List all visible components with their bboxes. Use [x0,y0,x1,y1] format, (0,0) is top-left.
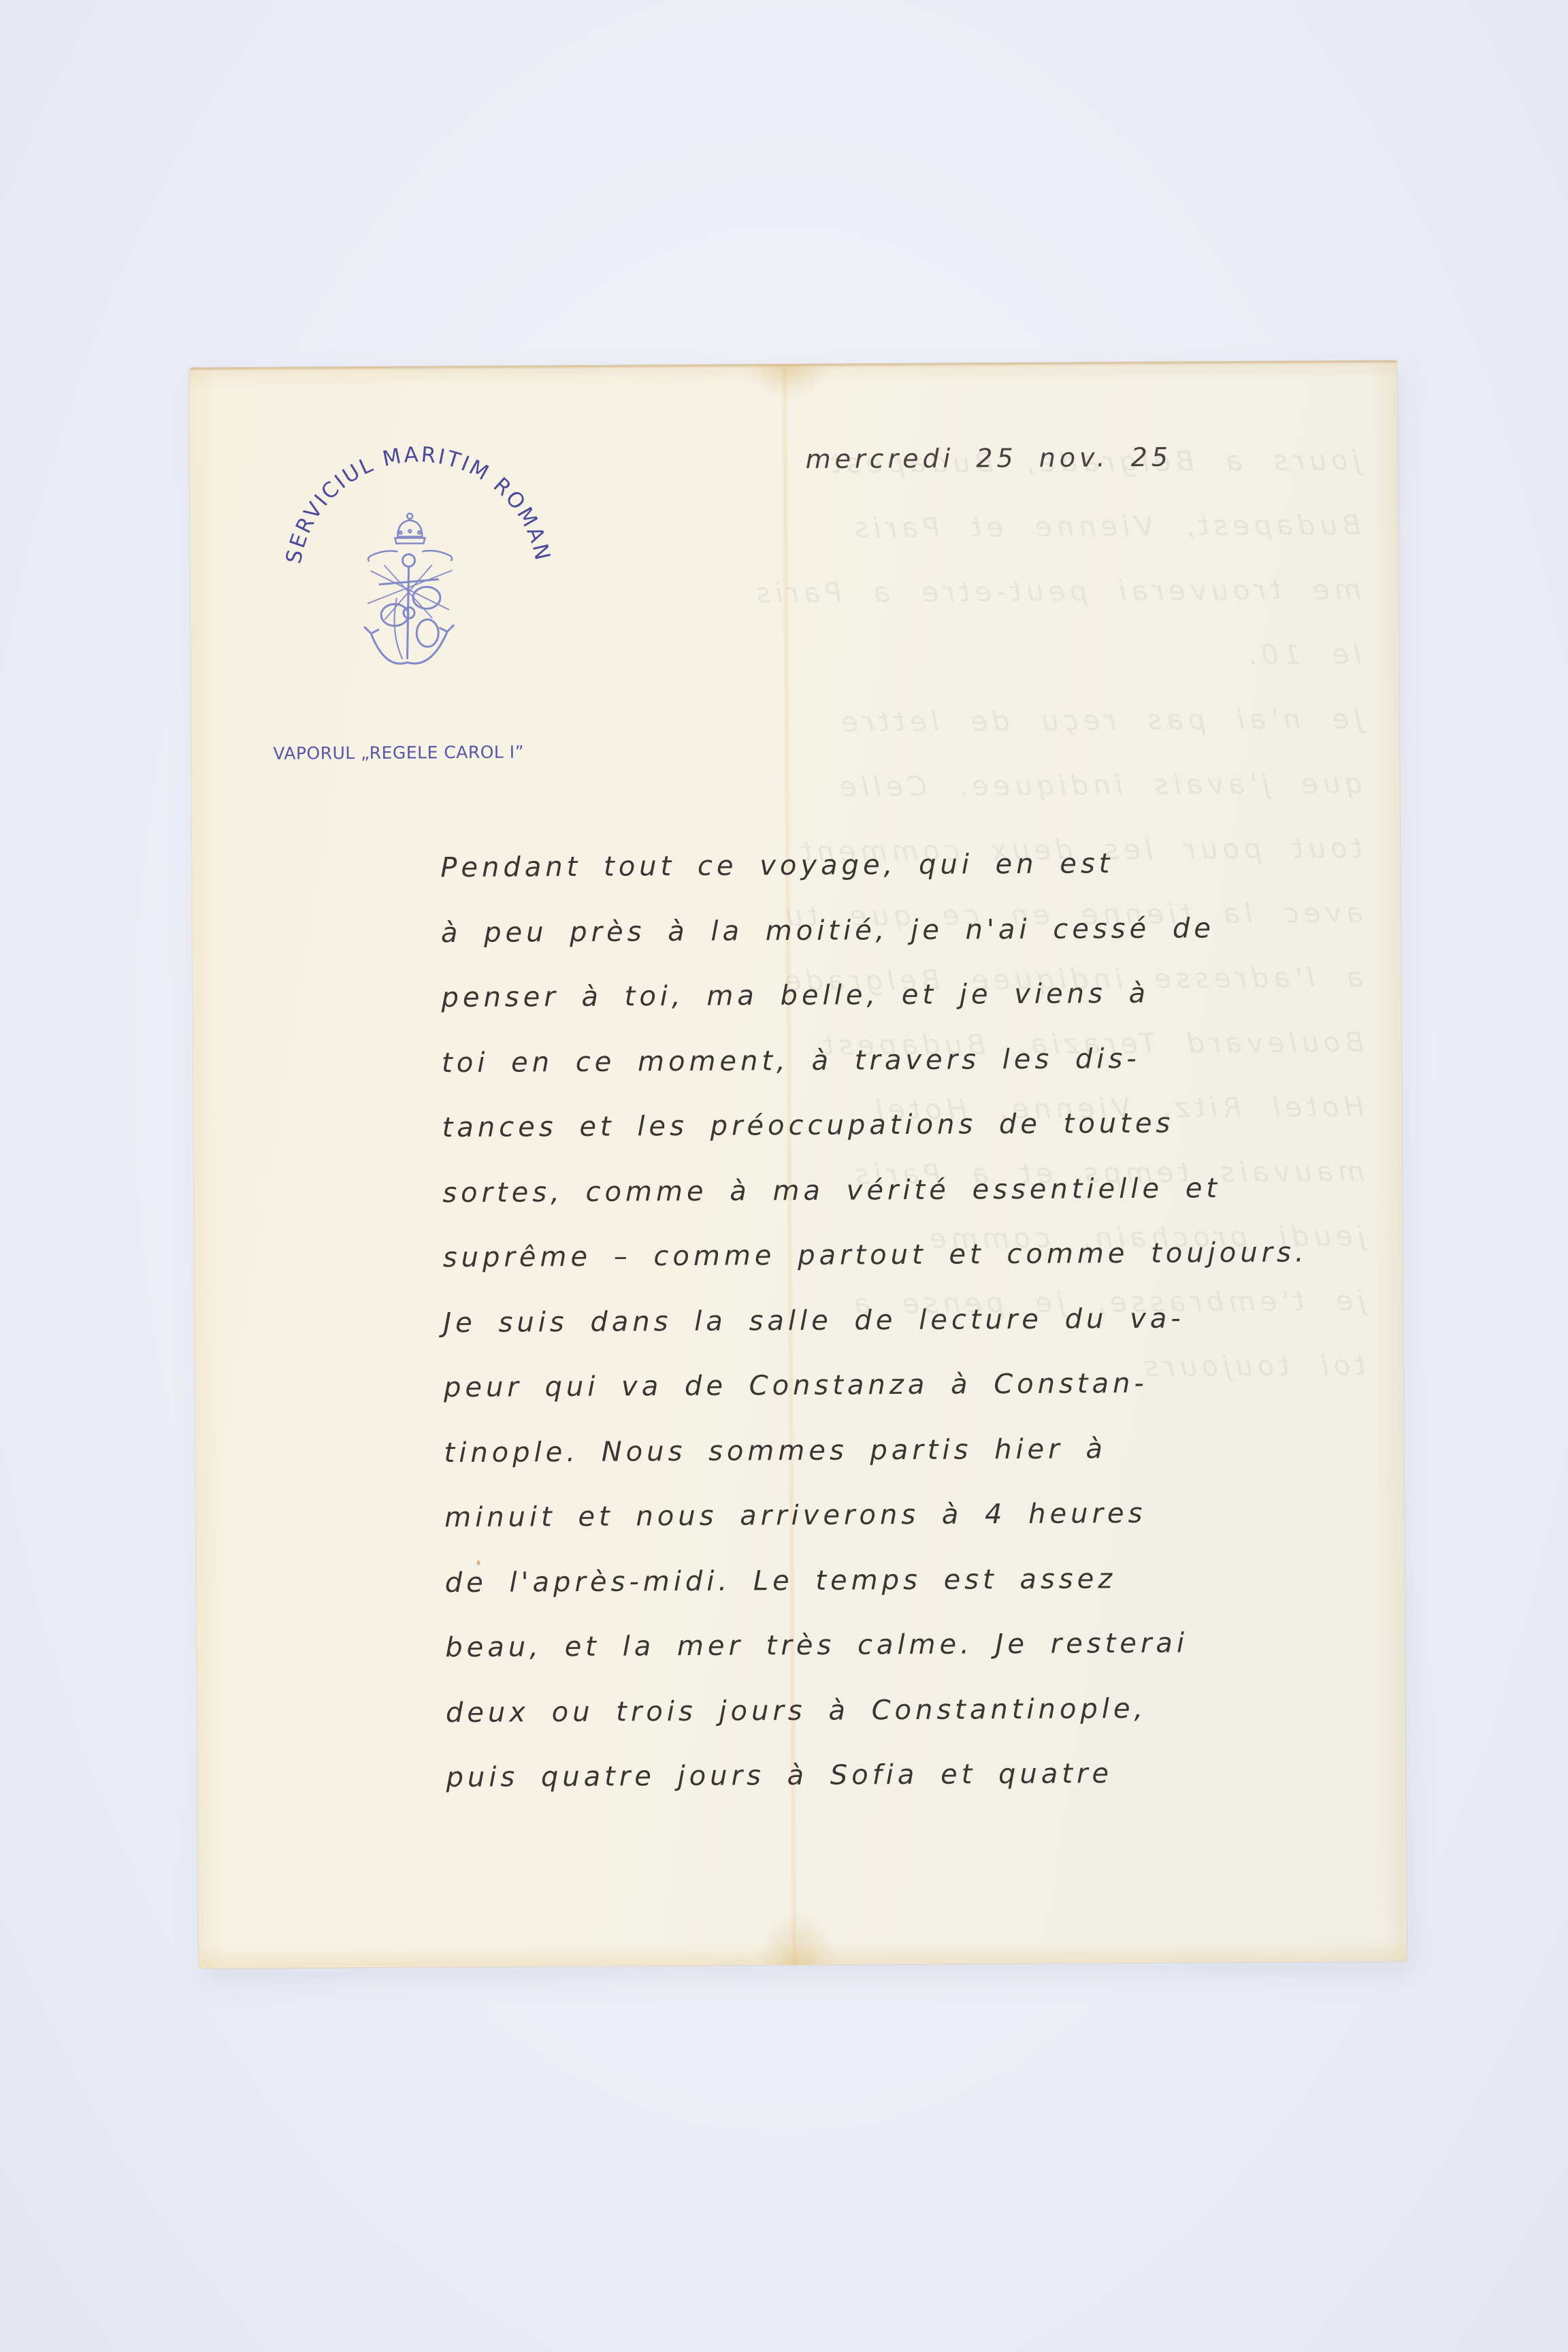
letter-body: Pendant tout ce voyage, qui en est à peu… [440,830,1399,1811]
letter-line-10: tinople. Nous sommes partis hier à [444,1415,1397,1486]
letter-line-14: deux ou trois jours à Constantinople, [446,1675,1399,1746]
letter-line-13: beau, et la mer très calme. Je resterai [445,1610,1399,1681]
letter-sheet: jours a Belgrade, Budapest Budapest, Vie… [189,361,1407,1969]
letter-date: mercredi 25 nov. 25 [806,442,1173,474]
letterhead-emblem: SERVICIUL MARITIM ROMAN [267,434,568,681]
letter-line-11: minuit et nous arriverons à 4 heures [444,1480,1398,1551]
letter-line-3: penser à toi, ma belle, et je viens à [441,960,1394,1031]
anchor-icon [364,554,455,664]
ink-speck [477,1561,480,1565]
letterhead: SERVICIUL MARITIM ROMAN [267,434,555,694]
letter-line-2: à peu près à la moitié, je n'ai cessé de [441,895,1394,966]
letter-line-7: suprême – comme partout et comme toujour… [443,1220,1396,1291]
letter-line-15: puis quatre jours à Sofia et quatre [446,1740,1399,1811]
fold-stain-bottom [757,1910,838,1965]
letter-line-5: tances et les préoccupations de toutes [442,1090,1395,1161]
letter-line-6: sortes, comme à ma vérité essentielle et [442,1155,1396,1226]
company-name-arc: SERVICIUL MARITIM ROMAN [281,442,555,566]
letter-line-4: toi en ce moment, à travers les dis- [442,1025,1395,1096]
letter-line-8: Je suis dans la salle de lecture du va- [443,1285,1396,1356]
letter-line-9: peur qui va de Constanza à Constan- [444,1350,1397,1421]
fold-stain-top [747,364,829,402]
letter-line-12: de l'après-midi. Le temps est assez [444,1545,1398,1616]
svg-text:SERVICIUL MARITIM ROMAN: SERVICIUL MARITIM ROMAN [281,442,555,566]
vessel-name: VAPORUL „REGELE CAROL I” [273,742,559,764]
letter-line-1: Pendant tout ce voyage, qui en est [440,830,1394,901]
